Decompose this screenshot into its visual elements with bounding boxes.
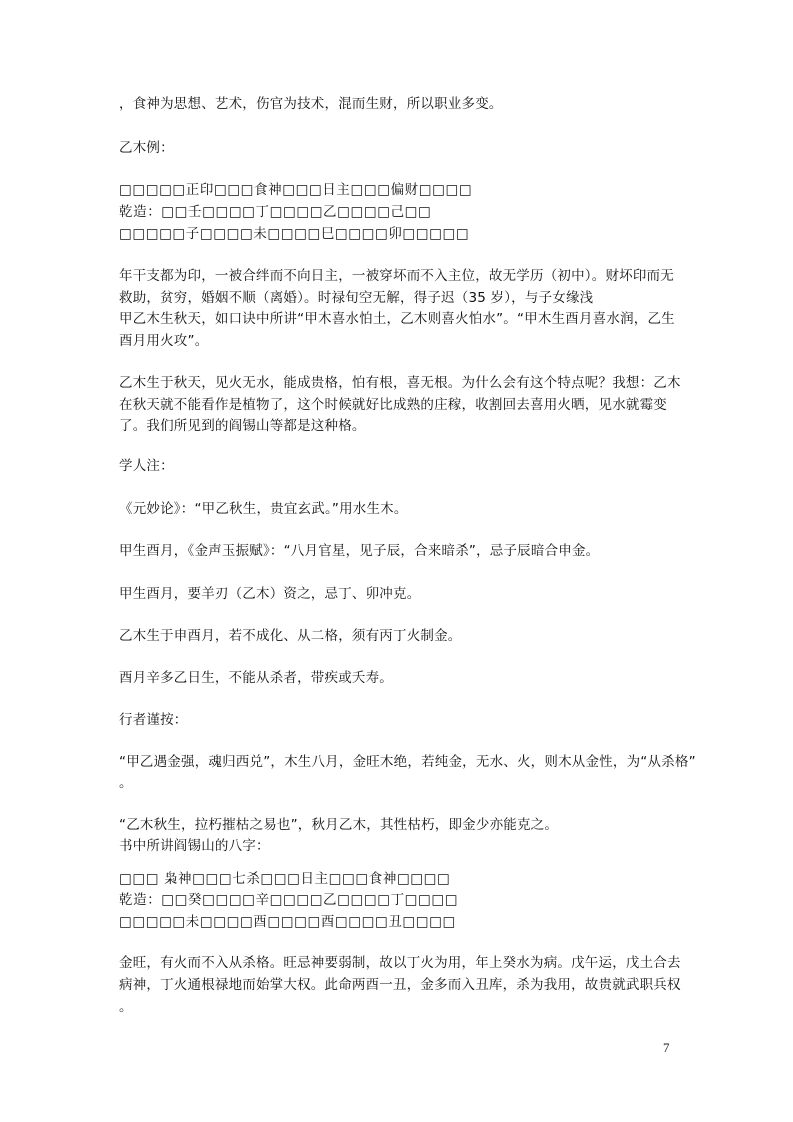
- chart-row-stems: 乾造：□□壬□□□□丁□□□□乙□□□□己□□: [119, 202, 431, 222]
- text-line: 救助，贫穷，婚姻不顺（离婚）。时禄旬空无解，得子迟（35 岁），与子女缘浅: [119, 288, 593, 308]
- document-page: ，食神为思想、艺术，伤官为技术，混而生财，所以职业多变。 乙木例： □□□□□正…: [0, 0, 793, 1122]
- text-line: 金旺，有火而不入从杀格。旺忌神要弱制，故以丁火为用，年上癸水为病。戊午运，戊土合…: [119, 953, 681, 973]
- text-line: 年干支都为印，一被合绊而不向日主，一被穿坏而不入主位，故无学历（初中）。财坏印而…: [119, 266, 674, 286]
- chart-row-branches: □□□□□未□□□□酉□□□□酉□□□□丑□□□□: [119, 912, 456, 932]
- text-line: 病神，丁火通根禄地而始掌大权。此命两酉一丑，金多而入丑库，杀为我用，故贵就武职兵…: [119, 975, 681, 995]
- text-line: 乙木生于秋天，见火无水，能成贵格，怕有根，喜无根。为什么会有这个特点呢？我想：乙…: [119, 373, 681, 393]
- section-heading: 学人注：: [119, 456, 174, 476]
- chart-row-tengods: □□□□□正印□□□食神□□□日主□□□偏财□□□□: [119, 180, 472, 200]
- text-line: 书中所讲阎锡山的八字：: [119, 836, 270, 856]
- text-line: “乙木秋生，拉朽摧枯之易也”，秋月乙木，其性枯朽，即金少亦能克之。: [119, 815, 558, 835]
- text-line: 酉月用火攻”。: [119, 331, 208, 351]
- text-line: “甲乙遇金强，魂归西兑”，木生八月，金旺木绝，若纯金，无水、火，则木从金性，为“…: [119, 752, 696, 772]
- text-line: 了。我们所见到的阎锡山等都是这种格。: [119, 416, 366, 436]
- section-heading: 行者谨按：: [119, 710, 188, 730]
- text-line: 。: [119, 997, 133, 1017]
- text-line: 《元妙论》：“甲乙秋生，贵宜玄武。”用水生木。: [119, 499, 408, 519]
- chart-row-tengods: □□□ 枭神□□□七杀□□□日主□□□食神□□□□: [119, 869, 450, 889]
- chart-row-branches: □□□□□子□□□□未□□□□巳□□□□卯□□□□□: [119, 224, 469, 244]
- text-line: 酉月辛多乙日生，不能从杀者，带疾或夭寿。: [119, 668, 393, 688]
- text-line: 乙木生于申酉月，若不成化、从二格，须有丙丁火制金。: [119, 626, 462, 646]
- text-line: ，食神为思想、艺术，伤官为技术，混而生财，所以职业多变。: [119, 94, 503, 114]
- text-line: 甲生酉月，《金声玉振赋》：“八月官星，见子辰，合来暗杀”，忌子辰暗合申金。: [119, 541, 599, 561]
- page-number: 7: [663, 1040, 670, 1056]
- text-line: 甲生酉月，要羊刃（乙木）资之，忌丁、卯冲克。: [119, 584, 420, 604]
- text-line: 甲乙木生秋天，如口诀中所讲“甲木喜水怕土，乙木则喜火怕水”。“甲木生酉月喜水润，…: [119, 309, 675, 329]
- text-line: 在秋天就不能看作是植物了，这个时候就好比成熟的庄稼，收割回去喜用火晒，见水就霉变: [119, 395, 667, 415]
- chart-row-stems: 乾造：□□癸□□□□辛□□□□乙□□□□丁□□□□: [119, 890, 458, 910]
- text-line: 。: [119, 773, 133, 793]
- section-heading: 乙木例：: [119, 138, 174, 158]
